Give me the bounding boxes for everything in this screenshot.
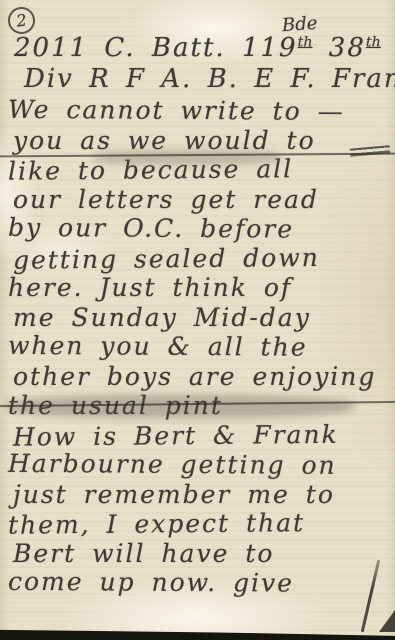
letter-line: How is Bert & Frank: [8, 419, 394, 452]
letter-line: just remember me to: [8, 480, 394, 510]
letter-line: by our O.C. before: [8, 213, 394, 245]
ordinal-suffix: th: [298, 34, 313, 50]
letter-line: getting sealed down: [8, 242, 394, 275]
letter-line: Harbourne getting on: [8, 449, 394, 481]
letter-line: We cannot write to —: [8, 95, 394, 127]
letter-line: them, I expect that: [8, 507, 394, 540]
header-address-line: Div R F A. B. E F. France: [24, 64, 395, 94]
letter-scan-page: 2 Bde 2011 C. Batt. 119th 38th Div R F A…: [0, 0, 395, 640]
ordinal-suffix: th: [366, 34, 381, 50]
paper-corner-shadow: [379, 610, 395, 632]
letter-line: our letters get read: [8, 185, 394, 215]
letter-line: Bert will have to: [8, 539, 394, 569]
header-unit-text-2: 38: [313, 33, 366, 63]
letter-line: when you & all the: [8, 331, 394, 363]
letter-line: here. Just think of: [8, 273, 394, 303]
fold-crease-upper-smudge: [92, 150, 282, 165]
letter-line: other boys are enjoying: [8, 362, 394, 392]
page-number-badge: 2: [6, 5, 36, 35]
fold-crease-lower-smudge: [6, 395, 354, 418]
scan-bottom-edge: [0, 627, 395, 640]
letter-body: We cannot write to — you as we would to …: [8, 96, 394, 598]
header-unit-line: 2011 C. Batt. 119th 38th: [14, 33, 381, 63]
letter-line: come up now. give: [8, 567, 394, 599]
letter-line: me Sunday Mid-day: [8, 303, 394, 333]
header-unit-text: 2011 C. Batt. 119: [14, 33, 298, 63]
